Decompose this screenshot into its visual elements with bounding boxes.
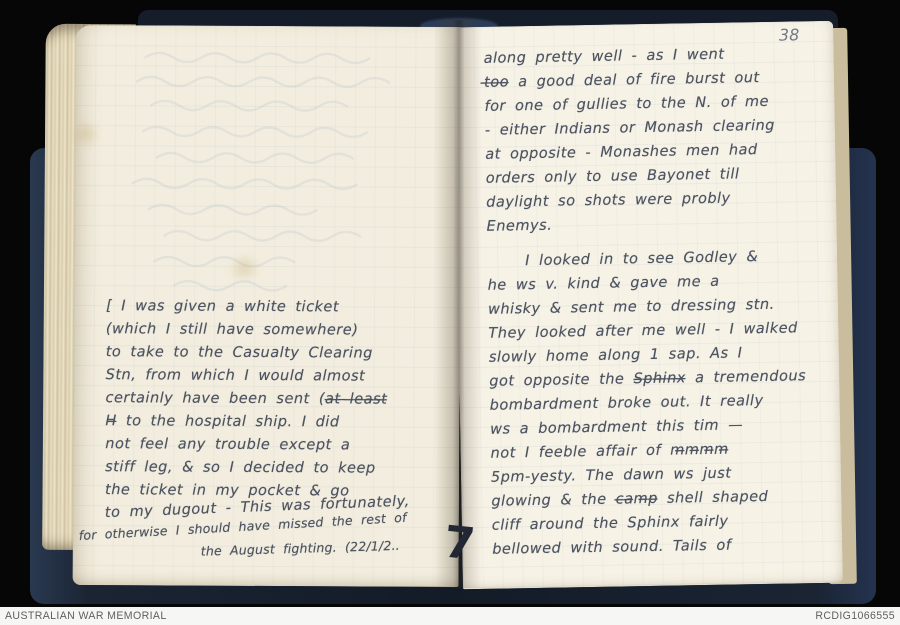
ghost-line — [148, 205, 316, 215]
image-id-label: RCDIG1066555 — [815, 610, 895, 622]
handwriting-line: certainly have been sent (a̶t̶ ̶l̶e̶a̶s̶… — [105, 387, 410, 412]
ink-mark: 7 — [441, 517, 477, 571]
ghost-line — [143, 127, 367, 137]
ghost-line — [133, 179, 357, 189]
left-page-text: [ I was given a white ticket (which I st… — [105, 295, 411, 564]
right-page: 38 along pretty well - as I went t̶o̶o̶ … — [453, 21, 843, 590]
right-page-text: along pretty well - as I went t̶o̶o̶ a g… — [483, 41, 809, 561]
ghost-line — [174, 281, 286, 291]
footer-bar: AUSTRALIAN WAR MEMORIAL RCDIG1066555 — [0, 607, 900, 625]
handwriting-line: the August fighting. (22/1/2.. — [200, 533, 410, 562]
left-page: [ I was given a white ticket (which I st… — [73, 25, 462, 587]
handwriting-line: not feel any trouble except a — [105, 433, 410, 458]
ghost-line — [157, 153, 353, 163]
gutter-shadow — [434, 20, 482, 588]
handwriting-line: Stn, from which I would almost — [106, 364, 411, 389]
ghost-line — [151, 101, 347, 111]
handwriting-line: [ I was given a white ticket — [106, 295, 411, 320]
ghost-writing — [84, 39, 455, 301]
handwriting-line: H̶ to the hospital ship. I did — [105, 410, 410, 435]
handwriting-line: bellowed with sound. Tails of — [492, 532, 809, 562]
ghost-line — [145, 53, 369, 63]
handwriting-line: Enemys. — [486, 209, 803, 239]
handwriting-line: to take to the Casualty Clearing — [106, 341, 411, 366]
handwriting-line: (which I still have somewhere) — [106, 318, 411, 343]
archive-source-label: AUSTRALIAN WAR MEMORIAL — [5, 610, 167, 622]
ghost-line — [164, 231, 360, 241]
ghost-line — [154, 257, 294, 267]
handwriting-line: stiff leg, & so I decided to keep — [105, 456, 410, 481]
ghost-line — [137, 77, 389, 87]
